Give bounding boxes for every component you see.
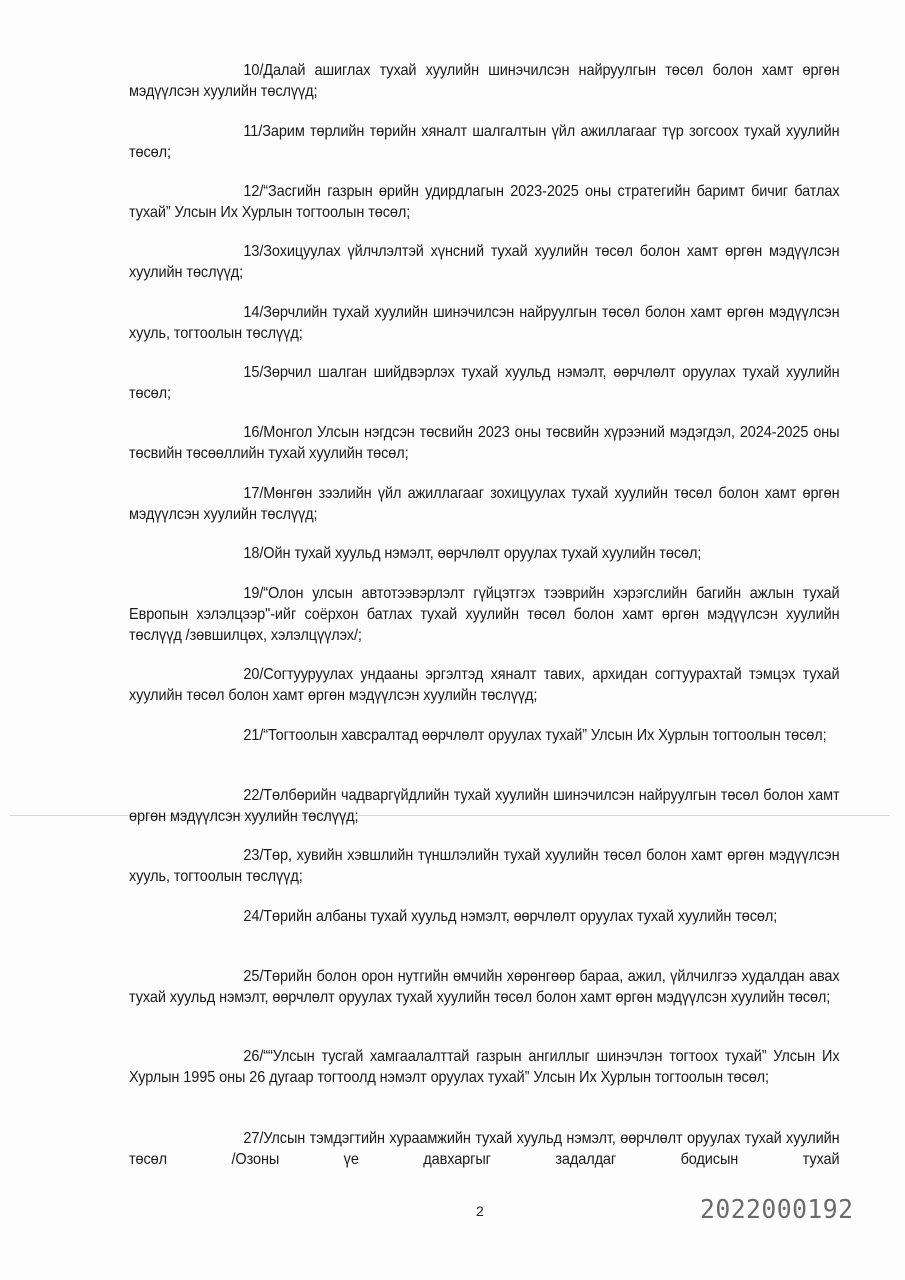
list-item-24: 24/Төрийн албаны тухай хуульд нэмэлт, өө… [129, 906, 840, 927]
document-number-stamp: 2022000192 [700, 1195, 853, 1225]
page-number: 2 [476, 1203, 484, 1219]
list-item-26: 26/““Улсын тусгай хамгаалалттай газрын а… [129, 1046, 840, 1088]
list-item-27: 27/Улсын тэмдэгтийн хураамжийн тухай хуу… [129, 1128, 840, 1170]
list-item-17: 17/Мөнгөн зээлийн үйл ажиллагааг зохицуу… [129, 483, 840, 525]
list-item-22: 22/Төлбөрийн чадваргүйдлийн тухай хуулий… [129, 785, 840, 827]
list-item-10: 10/Далай ашиглах тухай хуулийн шинэчилсэ… [129, 60, 840, 102]
list-item-12: 12/“Засгийн газрын өрийн удирдлагын 2023… [129, 181, 840, 223]
list-item-11: 11/Зарим төрлийн төрийн хяналт шалгалтын… [129, 121, 840, 163]
list-item-15: 15/Зөрчил шалган шийдвэрлэх тухай хуульд… [129, 362, 840, 404]
list-item-23: 23/Төр, хувийн хэвшлийн түншлэлийн тухай… [129, 845, 840, 887]
list-item-19: 19/“Олон улсын автотээвэрлэлт гүйцэтгэх … [129, 583, 840, 646]
list-item-18: 18/Ойн тухай хуульд нэмэлт, өөрчлөлт ору… [129, 543, 840, 564]
list-item-13: 13/Зохицуулах үйлчлэлтэй хүнсний тухай х… [129, 241, 840, 283]
list-item-14: 14/Зөрчлийн тухай хуулийн шинэчилсэн най… [129, 302, 840, 344]
list-item-20: 20/Согтууруулах ундааны эргэлтэд хяналт … [129, 664, 840, 706]
list-item-16: 16/Монгол Улсын нэгдсэн төсвийн 2023 оны… [129, 422, 840, 464]
list-item-21: 21/“Тогтоолын хавсралтад өөрчлөлт оруула… [129, 725, 840, 746]
list-item-25: 25/Төрийн болон орон нутгийн өмчийн хөрө… [129, 966, 840, 1008]
document-page: 10/Далай ашиглах тухай хуулийн шинэчилсэ… [0, 0, 905, 1280]
